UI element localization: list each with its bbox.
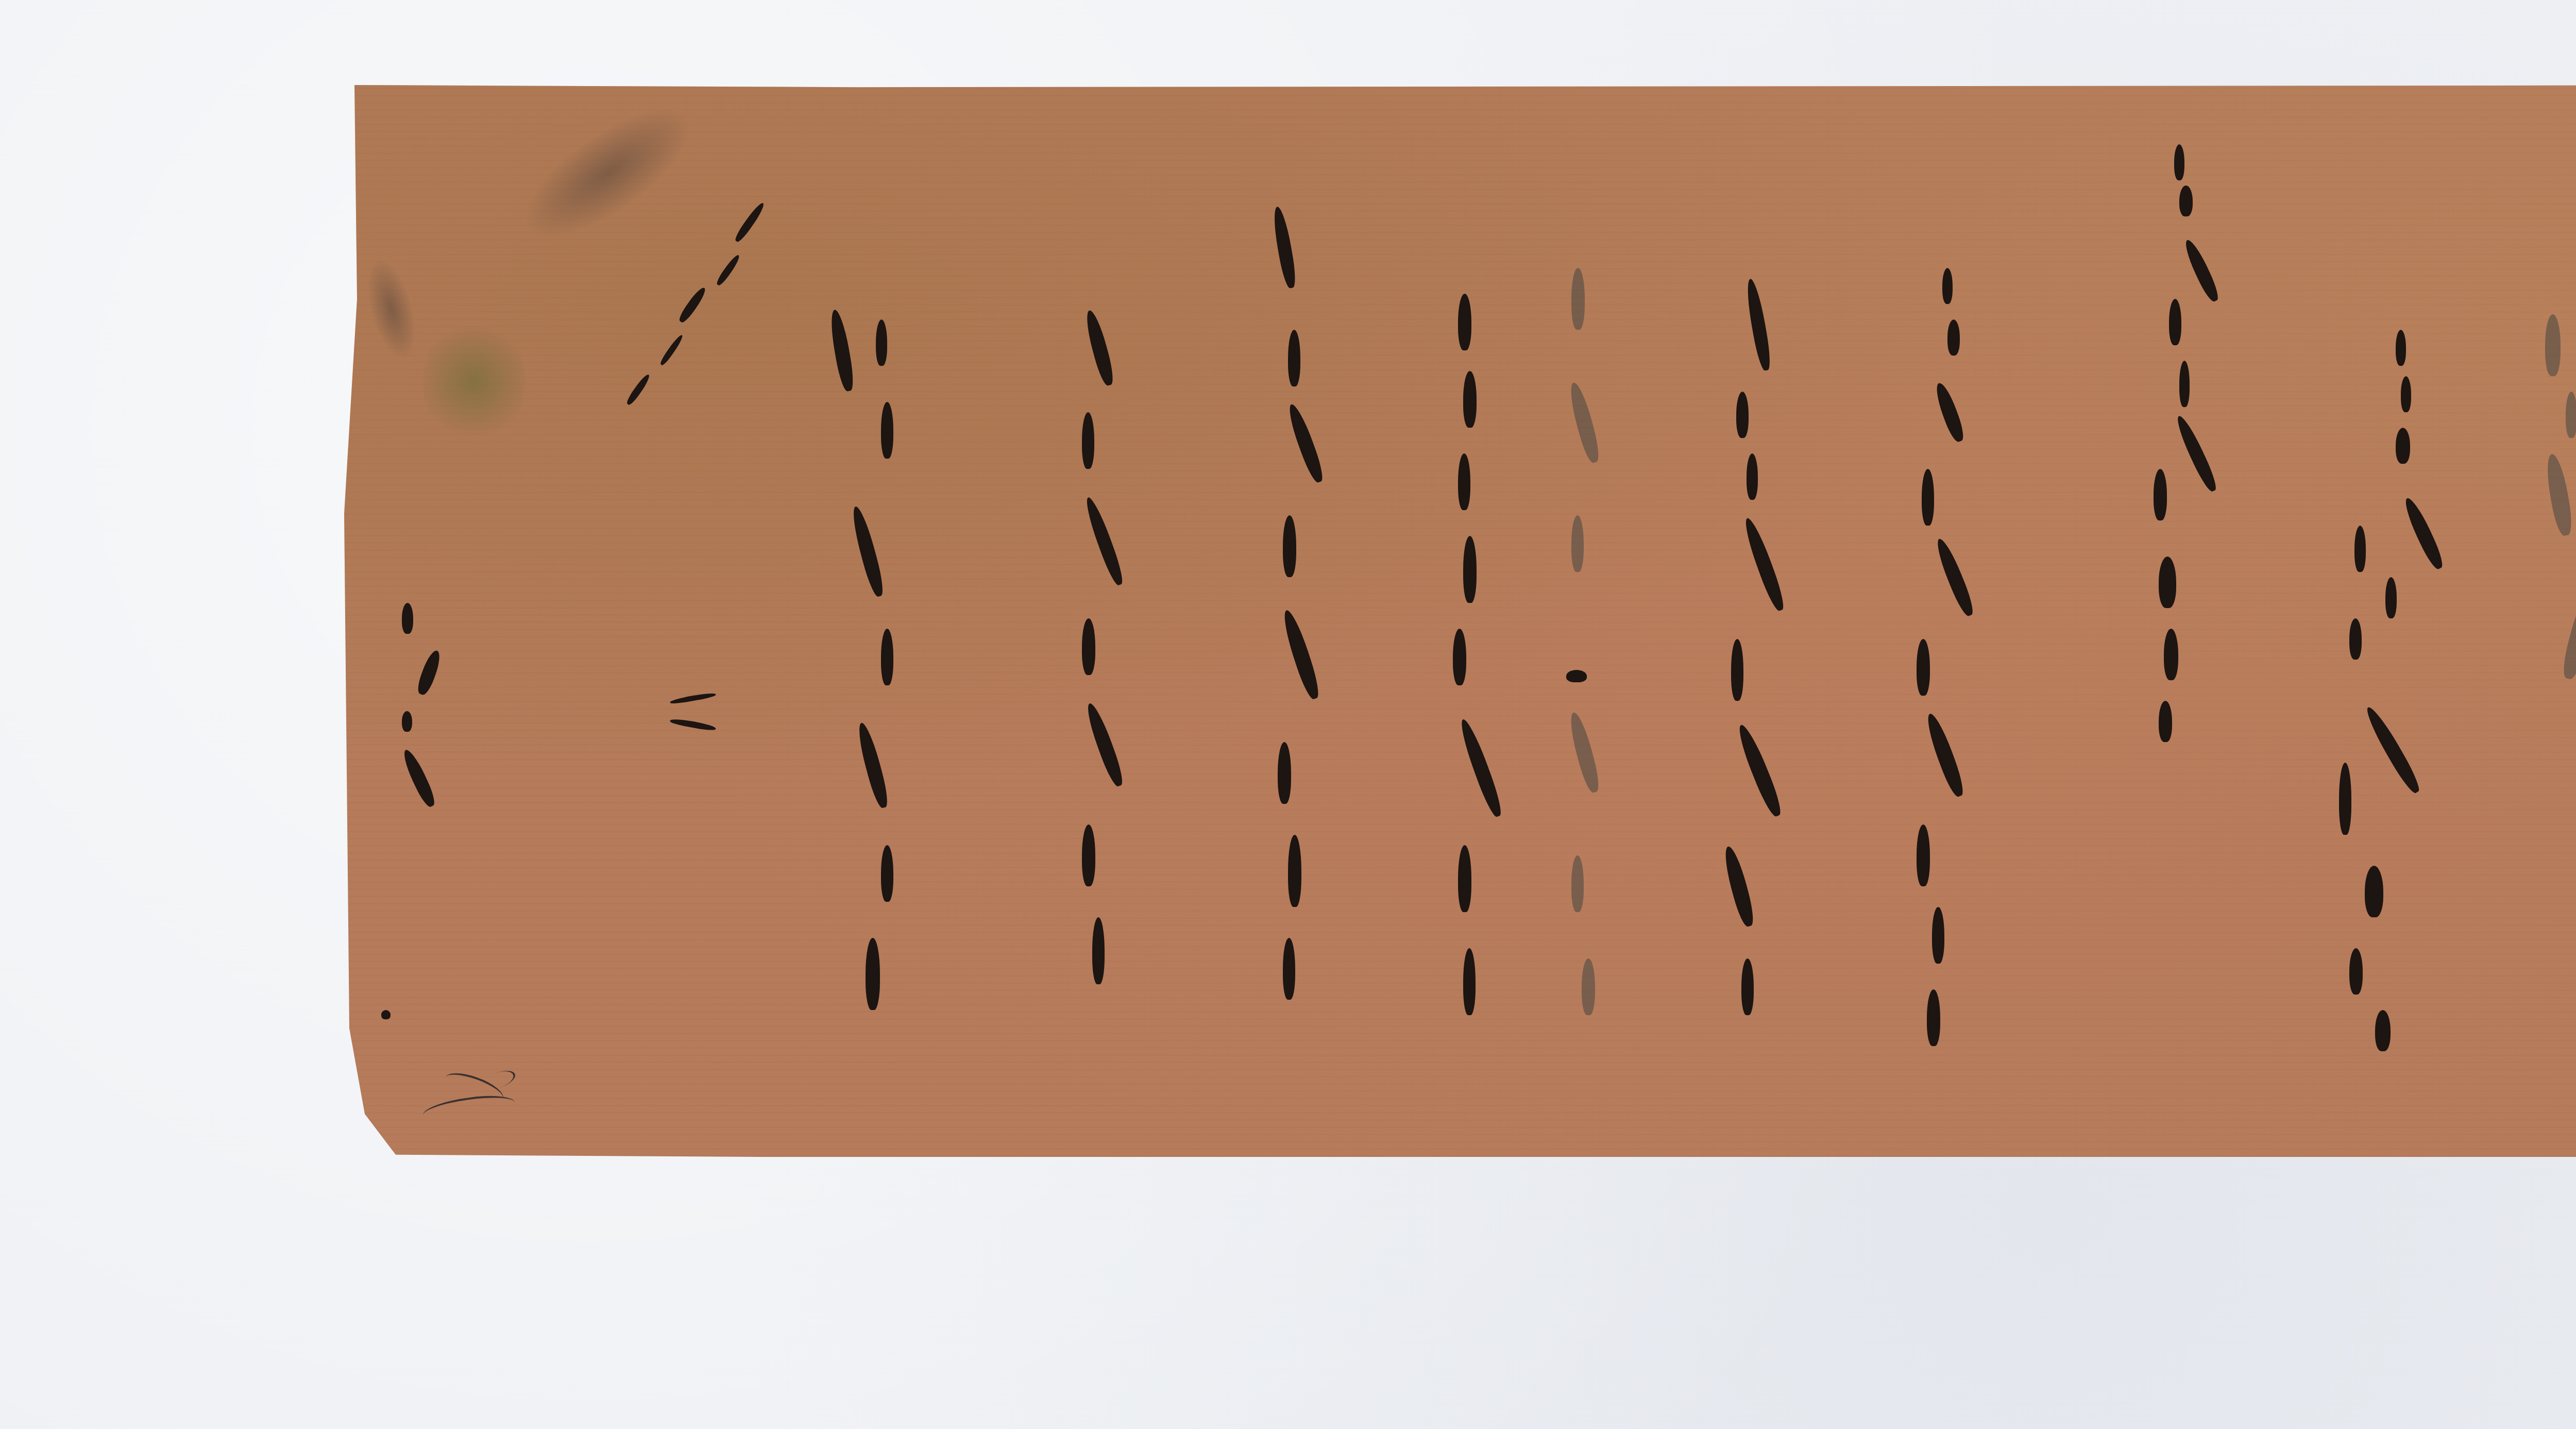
ink-dot [381, 1010, 391, 1019]
water-stain [422, 320, 526, 443]
marginal-note [371, 577, 526, 845]
text-column [1226, 196, 1391, 1103]
text-column [2102, 134, 2257, 752]
marginal-note [649, 691, 732, 752]
pencil-annotation [412, 1062, 546, 1129]
text-column [1401, 278, 1556, 1103]
text-column [804, 289, 969, 1062]
text-column [1680, 247, 1834, 1098]
text-column [1030, 289, 1195, 1092]
text-column [2293, 309, 2478, 1082]
text-column [2514, 299, 2576, 1020]
text-column [1865, 247, 2030, 1098]
